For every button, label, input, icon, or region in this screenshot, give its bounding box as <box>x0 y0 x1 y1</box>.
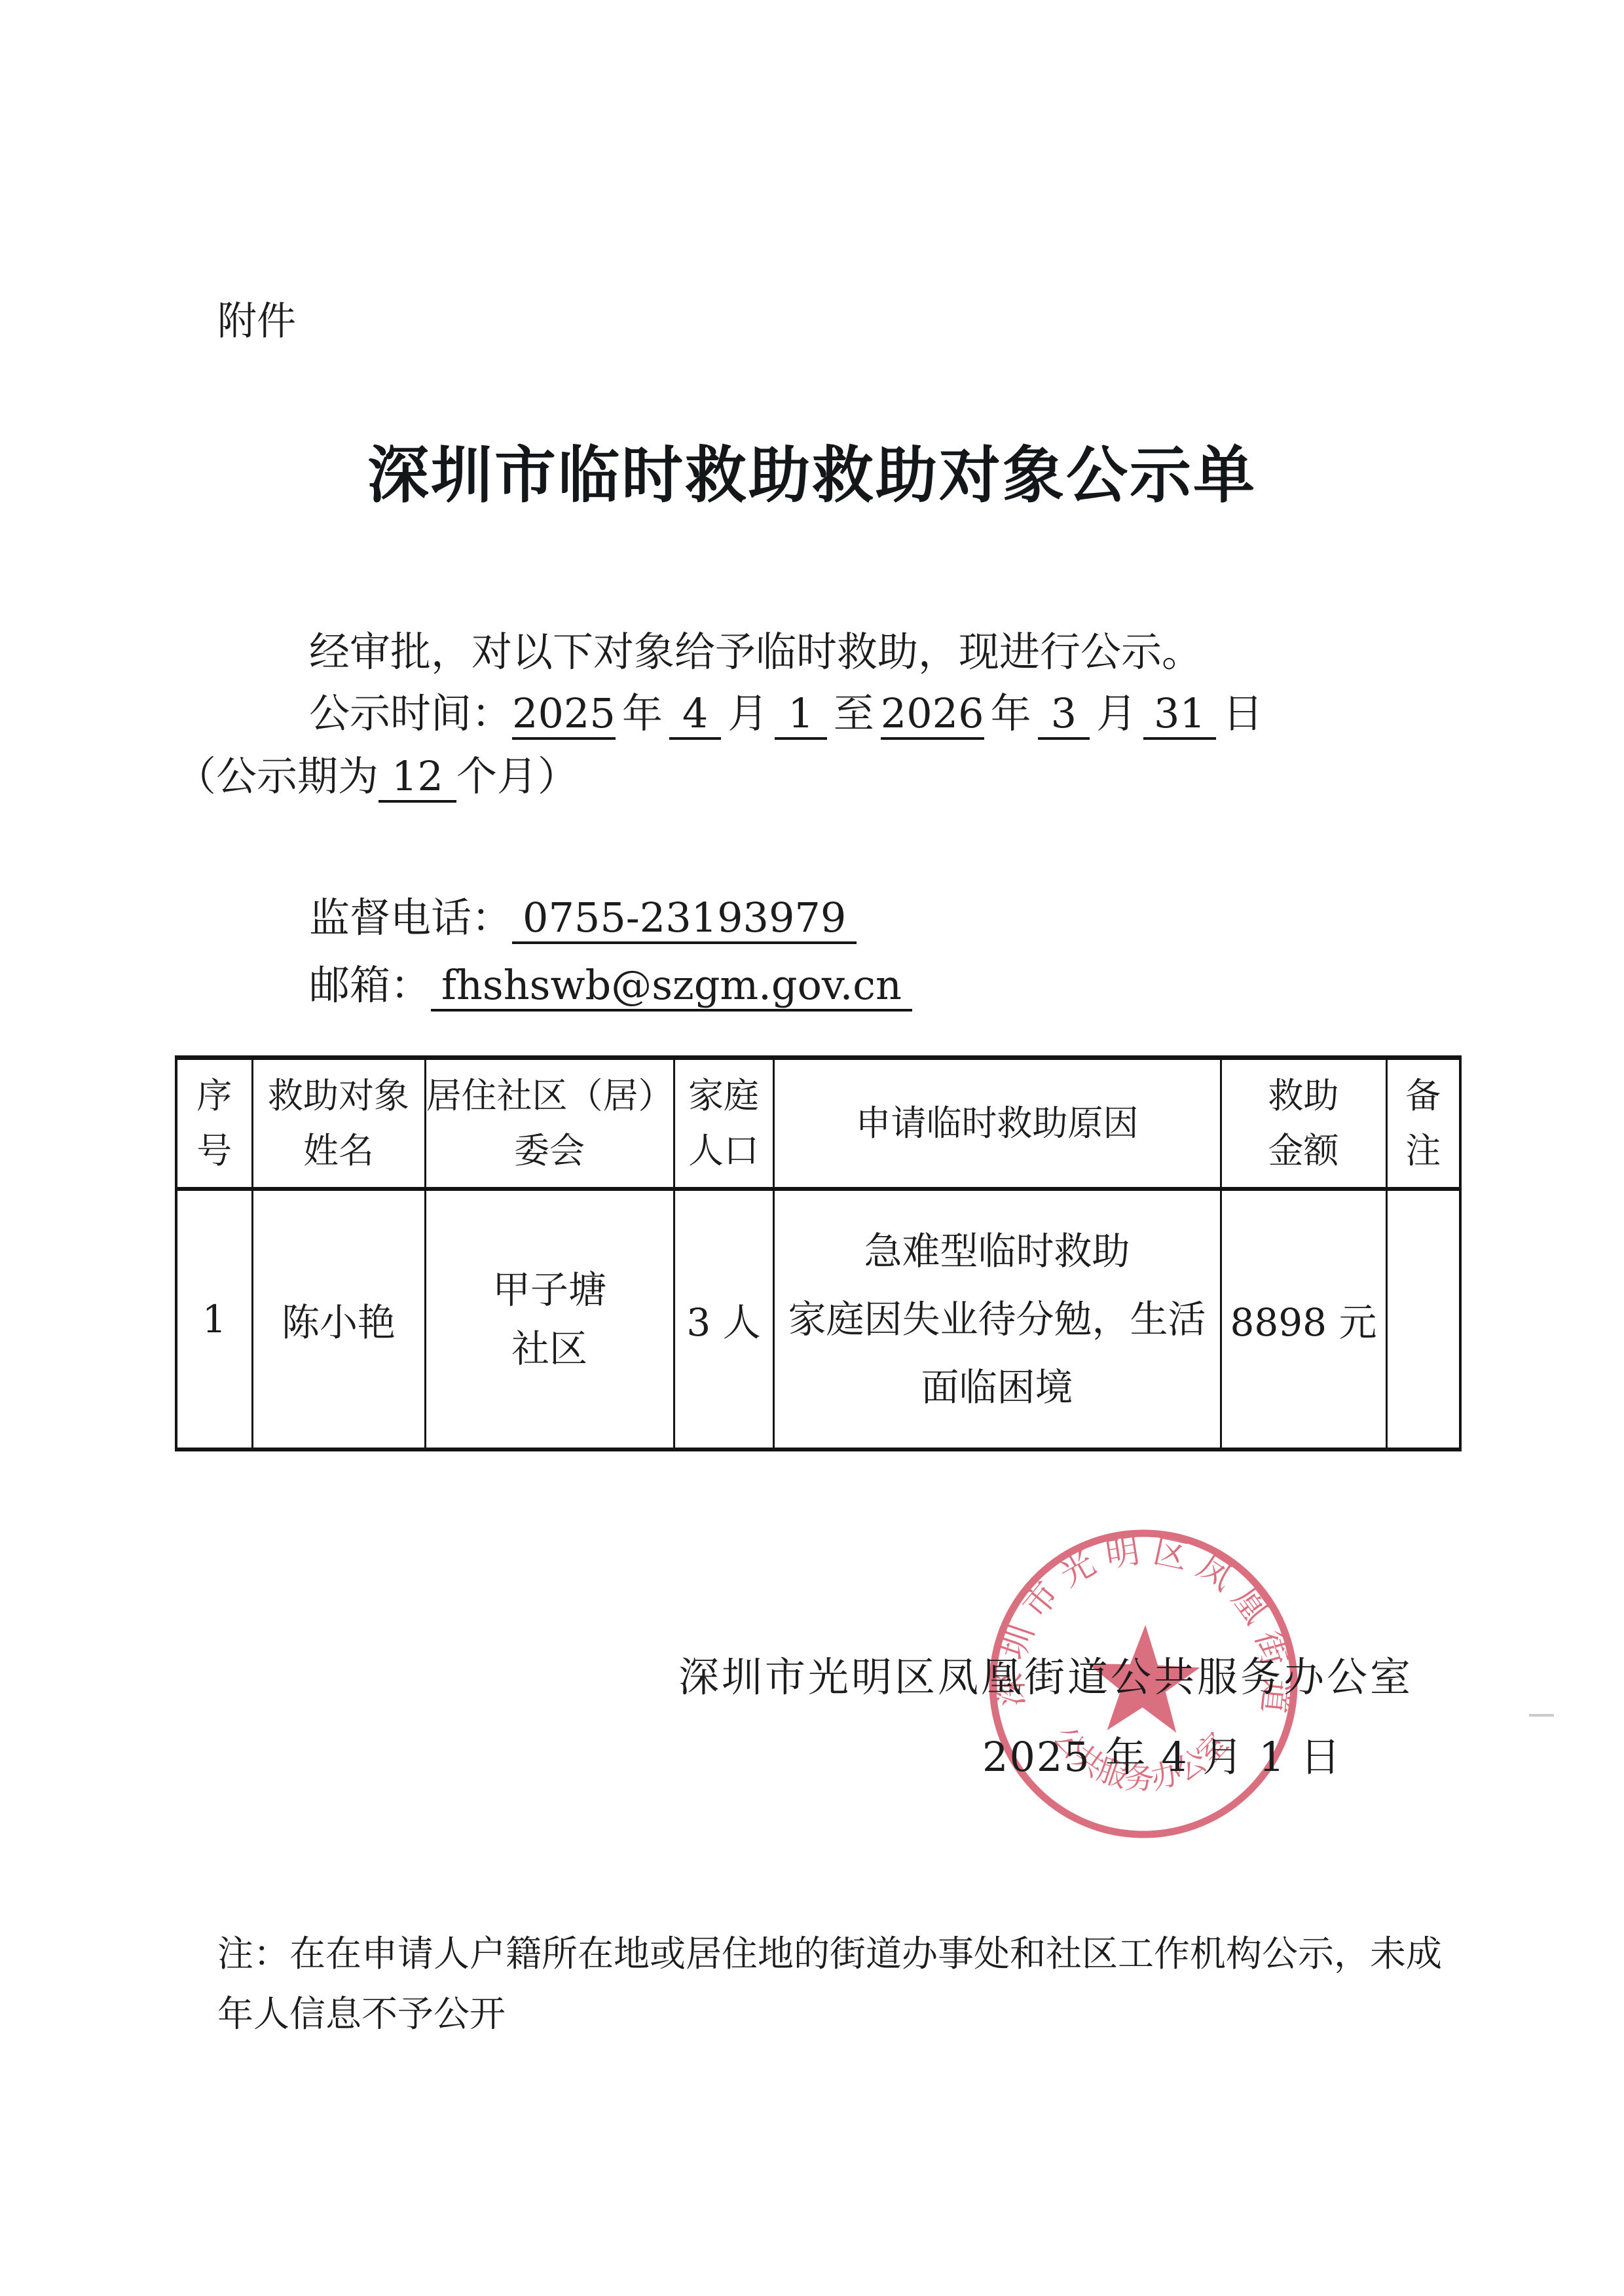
publicity-start-month: 4 <box>669 689 721 740</box>
supervision-phone-line: 监督电话：0755-23193979 <box>309 885 857 943</box>
month-char: 月 <box>1096 689 1137 737</box>
footnote-line: 注：在在申请人户籍所在地或居住地的街道办事处和社区工作机构公示，未成 <box>217 1923 1455 1984</box>
cell-seq: 1 <box>176 1189 252 1449</box>
cell-reason: 急难型临时救助 家庭因失业待分勉，生活 面临困境 <box>773 1189 1221 1449</box>
signature-date: 2025 年 4 月 1 日 <box>982 1724 1342 1783</box>
document-page: 附件 深圳市临时救助救助对象公示单 经审批，对以下对象给予临时救助，现进行公示。… <box>0 0 1624 2296</box>
header-remark: 备 注 <box>1386 1058 1460 1190</box>
publicity-start-day: 1 <box>775 689 826 740</box>
cell-name: 陈小艳 <box>252 1189 425 1449</box>
page-title: 深圳市临时救助救助对象公示单 <box>0 426 1624 514</box>
cell-amount: 8898 元 <box>1221 1189 1386 1449</box>
year-char: 年 <box>622 689 663 737</box>
signature-organization: 深圳市光明区凤凰街道公共服务办公室 <box>678 1645 1413 1703</box>
paragraph-approval: 经审批，对以下对象给予临时救助，现进行公示。 <box>309 619 1202 678</box>
header-family-size: 家庭 人口 <box>674 1058 773 1190</box>
header-seq: 序 号 <box>176 1058 252 1190</box>
paragraph-publicity-time: 公示时间：2025年4月1至2026年3月31日 <box>309 681 1270 739</box>
header-community: 居住社区（居） 委会 <box>425 1058 674 1190</box>
footnote-line: 年人信息不予公开 <box>217 1984 1455 2044</box>
table-row: 1 陈小艳 甲子塘 社区 3 人 急难型临时救助 家庭因失业待分勉，生活 面临困… <box>176 1189 1460 1449</box>
cell-community: 甲子塘 社区 <box>425 1189 674 1449</box>
publicity-end-day: 31 <box>1143 689 1216 740</box>
period-open: （公示期为 <box>175 752 378 800</box>
paragraph-publicity-period: （公示期为12个月） <box>175 744 578 802</box>
assistance-table: 序 号 救助对象 姓名 居住社区（居） 委会 家庭 人口 申请临时救助原因 <box>175 1055 1462 1451</box>
period-months: 12 <box>378 752 456 803</box>
phone-number: 0755-23193979 <box>512 894 857 944</box>
publicity-start-year: 2025 <box>512 689 616 740</box>
scan-artifact-dash <box>1529 1714 1554 1717</box>
phone-label: 监督电话： <box>309 894 512 941</box>
cell-remark <box>1386 1189 1460 1449</box>
email-label: 邮箱： <box>309 961 431 1009</box>
attachment-label: 附件 <box>217 290 296 346</box>
period-close: 个月） <box>456 752 578 800</box>
table-header-row: 序 号 救助对象 姓名 居住社区（居） 委会 家庭 人口 申请临时救助原因 <box>176 1058 1460 1190</box>
email-address: fhshswb@szgm.gov.cn <box>431 961 912 1011</box>
publicity-end-month: 3 <box>1038 689 1090 740</box>
publicity-time-label: 公示时间： <box>309 689 512 737</box>
month-char: 月 <box>728 689 768 737</box>
cell-family-size: 3 人 <box>674 1189 773 1449</box>
email-line: 邮箱：fhshswb@szgm.gov.cn <box>309 953 912 1011</box>
publicity-end-year: 2026 <box>881 689 984 740</box>
header-amount: 救助 金额 <box>1221 1058 1386 1190</box>
header-reason: 申请临时救助原因 <box>773 1058 1221 1190</box>
day-char: 日 <box>1223 689 1263 737</box>
to-char: 至 <box>834 689 874 737</box>
year-char: 年 <box>991 689 1031 737</box>
header-name: 救助对象 姓名 <box>252 1058 425 1190</box>
footnote: 注：在在申请人户籍所在地或居住地的街道办事处和社区工作机构公示，未成 年人信息不… <box>217 1923 1455 2044</box>
